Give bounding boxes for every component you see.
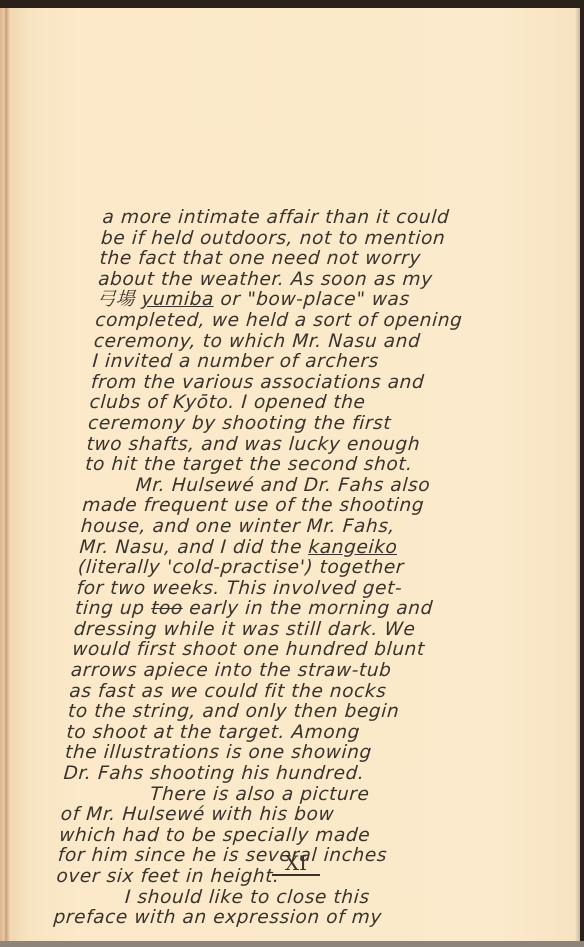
text-line: a more intimate affair than it could [102, 208, 543, 229]
text-line: I should like to close this [54, 888, 495, 909]
text-line: There is also a picture [61, 785, 502, 806]
kanji-term: 弓場 [96, 289, 136, 310]
text-line: arrows apiece into the straw-tub [70, 661, 511, 682]
text-line: two shafts, and was lucky enough [86, 435, 527, 456]
text-line: ceremony by shooting the first [87, 414, 528, 435]
struck-word: too [150, 598, 183, 619]
text-fragment: ting up [74, 598, 151, 619]
text-line: clubs of Kyōto. I opened the [89, 393, 530, 414]
text-line: from the various associations and [90, 373, 531, 394]
text-line: preface with an expression of my [53, 908, 494, 929]
text-line: of Mr. Hulsewé with his bow [60, 805, 501, 826]
text-line: Mr. Hulsewé and Dr. Fahs also [83, 476, 524, 497]
text-line: the illustrations is one showing [64, 743, 505, 764]
text-fragment: Mr. Nasu, and I did the [79, 537, 310, 558]
text-line: house, and one winter Mr. Fahs, [80, 517, 521, 538]
text-line: (literally 'cold-practise') together [77, 558, 518, 579]
text-line: the fact that one need not worry [99, 249, 540, 270]
japanese-term-yumiba: yumiba [141, 289, 215, 310]
text-line: as fast as we could fit the nocks [69, 682, 510, 703]
text-line: would first shoot one hundred blunt [72, 640, 513, 661]
japanese-term-kangeiko: kangeiko [308, 537, 398, 558]
text-line: dressing while it was still dark. We [73, 620, 514, 641]
text-line: completed, we held a sort of opening [95, 311, 536, 332]
text-line: to shoot at the target. Among [66, 723, 507, 744]
text-line: Dr. Fahs shooting his hundred. [63, 764, 504, 785]
text-line: which had to be specially made [59, 826, 500, 847]
text-line: about the weather. As soon as my [97, 270, 538, 291]
text-line: Mr. Nasu, and I did the kangeiko [79, 538, 520, 559]
text-line: ceremony, to which Mr. Nasu and [93, 332, 534, 353]
text-line: to hit the target the second shot. [84, 455, 525, 476]
text-line: I invited a number of archers [92, 352, 533, 373]
text-line: 弓場 yumiba or "bow-place" was [96, 290, 537, 311]
text-fragment: or "bow-place" was [213, 289, 410, 310]
text-line: ting up too early in the morning and [74, 599, 515, 620]
text-line: be if held outdoors, not to mention [100, 229, 541, 250]
page-number: XI [272, 852, 320, 876]
text-line: for two weeks. This involved get- [76, 579, 517, 600]
text-fragment: early in the morning and [182, 598, 434, 619]
text-line: made frequent use of the shooting [82, 496, 523, 517]
handwritten-text-block: a more intimate affair than it could be … [53, 208, 543, 929]
text-line: to the string, and only then begin [67, 702, 508, 723]
